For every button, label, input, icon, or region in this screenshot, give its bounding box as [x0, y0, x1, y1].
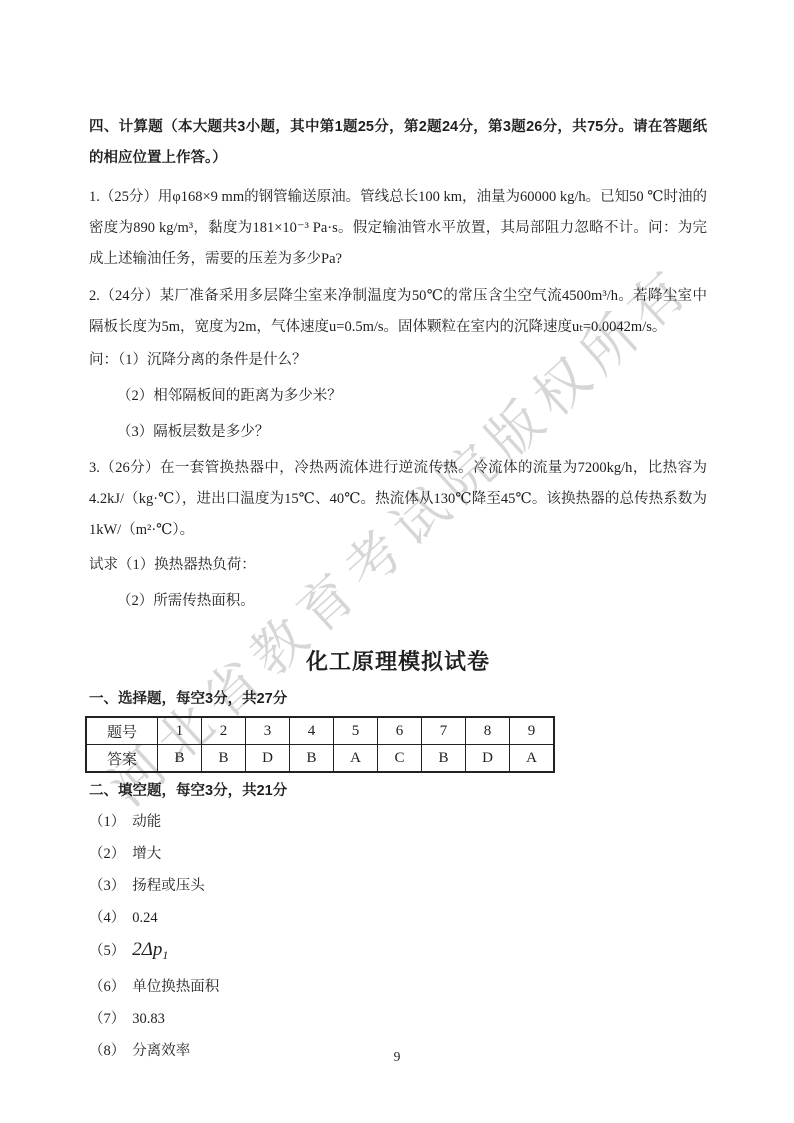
page-content: 四、计算题（本大题共3小题，其中第1题25分，第2题24分，第3题26分，共75… [89, 112, 707, 1068]
header-cell: 2 [202, 717, 246, 745]
header-cell: 8 [466, 717, 510, 745]
header-cell: 4 [290, 717, 334, 745]
problem-2-question-3: （3）隔板层数是多少？ [89, 417, 707, 448]
item-text: 扬程或压头 [132, 878, 205, 894]
table-row-answers: 答案 B B D B A C B D A [86, 745, 554, 773]
item-label: （7） [89, 1011, 125, 1027]
header-cell: 7 [422, 717, 466, 745]
item-text: 0.24 [132, 910, 157, 926]
header-cell: 题号 [86, 717, 158, 745]
blank-answer-item: （4）0.24 [89, 903, 707, 933]
blank-answer-item: （2）增大 [89, 839, 707, 869]
answer-cell: B [158, 745, 202, 773]
header-cell: 3 [246, 717, 290, 745]
fill-section-heading: 二、填空题，每空3分，共21分 [89, 779, 707, 803]
blank-answer-item: （7）30.83 [89, 1004, 707, 1034]
page-number: 9 [0, 1049, 794, 1065]
answer-cell: B [202, 745, 246, 773]
blank-answer-item: （6）单位换热面积 [89, 972, 707, 1002]
answer-cell: A [510, 745, 555, 773]
problem-3-question-1: 试求（1）换热器热负荷： [89, 550, 707, 581]
problem-1: 1.（25分）用φ168×9 mm的钢管输送原油。管线总长100 km，油量为6… [89, 182, 707, 275]
item-text: 单位换热面积 [132, 979, 219, 995]
item-label: （5） [89, 943, 125, 959]
item-label: （4） [89, 910, 125, 926]
header-cell: 5 [334, 717, 378, 745]
answer-cell: A [334, 745, 378, 773]
problem-2-question-1: 问：（1）沉降分离的条件是什么？ [89, 345, 707, 376]
header-cell: 9 [510, 717, 555, 745]
blank-answer-item: （3）扬程或压头 [89, 871, 707, 901]
item-label: （1） [89, 814, 125, 830]
choice-section-heading: 一、选择题，每空3分，共27分 [89, 687, 707, 711]
item-label: （2） [89, 846, 125, 862]
item-text: 增大 [132, 846, 161, 862]
answer-cell: 答案 [86, 745, 158, 773]
calc-section-heading: 四、计算题（本大题共3小题，其中第1题25分，第2题24分，第3题26分，共75… [89, 112, 707, 174]
answer-cell: D [246, 745, 290, 773]
item-text: 30.83 [132, 1011, 165, 1027]
math-subscript: 1 [162, 948, 168, 962]
table-row-question-numbers: 题号 1 2 3 4 5 6 7 8 9 [86, 717, 554, 745]
exam-title: 化工原理模拟试卷 [89, 647, 707, 677]
answer-cell: D [466, 745, 510, 773]
problem-3-question-2: （2）所需传热面积。 [89, 586, 707, 617]
problem-3-intro: 3.（26分）在一套管换热器中，冷热两流体进行逆流传热。冷流体的流量为7200k… [89, 453, 707, 546]
answer-table: 题号 1 2 3 4 5 6 7 8 9 答案 B B D B A C B D [85, 716, 555, 773]
blank-answer-item: （1）动能 [89, 807, 707, 837]
item-label: （6） [89, 979, 125, 995]
math-expression: 2Δp [132, 939, 162, 960]
document-page: 河北省教育考试院版权所有 四、计算题（本大题共3小题，其中第1题25分，第2题2… [0, 0, 794, 1123]
header-cell: 1 [158, 717, 202, 745]
problem-2-intro: 2.（24分）某厂准备采用多层降尘室来净制温度为50℃的常压含尘空气流4500m… [89, 281, 707, 343]
item-text: 动能 [132, 814, 161, 830]
answer-cell: B [422, 745, 466, 773]
problem-2-question-2: （2）相邻隔板间的距离为多少米？ [89, 381, 707, 412]
answer-cell: C [378, 745, 422, 773]
blank-answer-item-math: （5）2Δp1 [89, 935, 707, 970]
answer-cell: B [290, 745, 334, 773]
item-label: （3） [89, 878, 125, 894]
header-cell: 6 [378, 717, 422, 745]
